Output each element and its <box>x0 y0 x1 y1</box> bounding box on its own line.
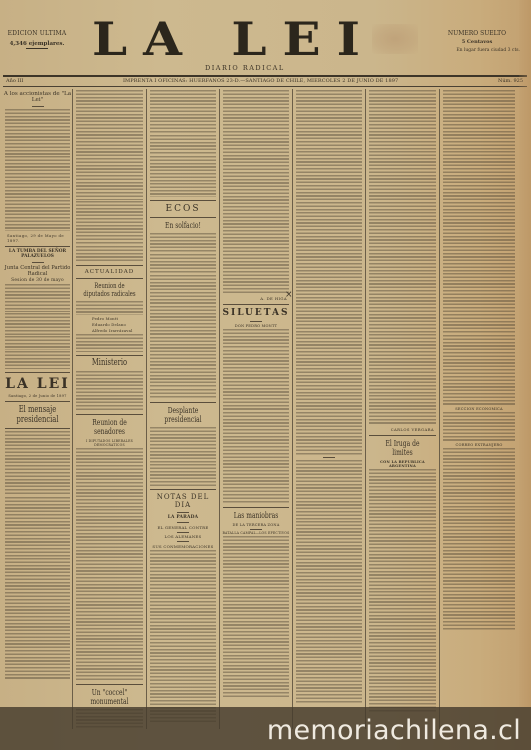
price-label: 5 Centavos <box>428 39 526 45</box>
column-2: ACTUALIDAD Reunion de diputados radicale… <box>74 89 145 729</box>
article-body <box>443 90 515 150</box>
divider <box>250 321 262 322</box>
article-body <box>150 464 216 486</box>
article-body <box>369 591 436 651</box>
article-heading: Un "coccel" monumental <box>83 688 136 706</box>
article-body <box>223 453 289 493</box>
divider <box>150 489 216 490</box>
article-body <box>5 599 70 679</box>
divider <box>177 532 189 533</box>
article-body <box>76 371 143 411</box>
divider <box>369 435 436 436</box>
article-body <box>223 213 289 253</box>
divider <box>26 48 48 49</box>
divider <box>250 529 262 530</box>
notes-item: EL GENERAL CONTRE <box>148 525 218 530</box>
article-body <box>5 284 70 312</box>
article-body <box>369 469 436 529</box>
article-body <box>296 334 362 394</box>
divider <box>5 246 70 247</box>
abroad-price-label: En lugar fuera ciudad 3 cts. <box>428 48 526 53</box>
notes-item: SUS CONMEMORACIONES <box>148 544 218 549</box>
divider <box>76 684 143 685</box>
article-body <box>76 334 143 352</box>
article-heading: En solfacio! <box>157 221 210 230</box>
divider <box>177 541 189 542</box>
article-body <box>443 151 515 211</box>
column-7: SECCION ECONOMICA CORREO EXTRANJERO <box>441 89 517 729</box>
article-body <box>296 151 362 211</box>
divider <box>150 402 216 403</box>
newspaper-subtitle: DIARIO RADICAL <box>205 64 285 72</box>
article-body <box>296 395 362 455</box>
article-body <box>150 389 216 399</box>
signoff-place: Santiago, 29 de Mayo de 1897. <box>7 233 68 243</box>
article-body <box>223 597 289 657</box>
column-rule <box>365 89 366 729</box>
article-body <box>223 131 289 171</box>
divider <box>76 355 143 356</box>
column-rule <box>292 89 293 729</box>
article-heading: LA TUMBA DEL SEÑOR PALAZUELOS <box>3 249 72 259</box>
divider <box>32 262 44 263</box>
divider <box>5 401 70 402</box>
article-body <box>296 273 362 333</box>
article-body <box>223 412 289 452</box>
price-box: NUMERO SUELTO 5 Centavos En lugar fuera … <box>428 30 526 53</box>
paper-stain <box>372 24 418 54</box>
notes-item: LOS ALEMANES <box>148 534 218 539</box>
paper-mark: × <box>285 290 293 300</box>
article-body <box>369 151 436 211</box>
article-body <box>5 351 70 369</box>
column-4: A. DE HIGA SILUETAS DON PEDRO MONTT Las … <box>221 89 291 729</box>
article-body <box>5 558 70 598</box>
article-body <box>369 530 436 590</box>
article-body <box>369 273 436 333</box>
article-body <box>5 156 70 182</box>
article-body <box>443 212 515 272</box>
article-heading: Reunion de senadores <box>83 418 136 436</box>
section-heading: ACTUALIDAD <box>74 269 145 275</box>
article-body <box>369 334 436 394</box>
article-subheading: I DIPUTADOS LIBERALES DEMOCRATICOS <box>74 439 145 447</box>
name-item: Pedro Montt <box>92 316 145 321</box>
name-item: Eduardo Delano <box>92 322 145 327</box>
article-body <box>5 109 70 155</box>
article-body <box>296 460 362 520</box>
article-body <box>150 642 216 682</box>
article-subheading: CORREO EXTRANJERO <box>441 443 517 447</box>
circulation-count: 4,346 ejemplares. <box>4 41 70 47</box>
article-body <box>150 306 216 336</box>
article-body <box>150 254 216 274</box>
article-signature: A. DE HIGA <box>221 296 287 301</box>
article-subheading: BATALLA CAMPAL—LOS EFECTIVOS <box>221 531 291 535</box>
column-rule <box>439 89 440 729</box>
column-6: CARLOS VERGARA El Iruga de limites CON L… <box>367 89 438 729</box>
article-body <box>223 254 289 294</box>
divider <box>76 278 143 279</box>
article-body <box>150 550 216 600</box>
paper-date: Santiago, 2 de Junio de 1897 <box>3 394 72 398</box>
article-body <box>76 201 143 245</box>
notes-heading: NOTAS DEL DIA <box>148 493 218 509</box>
article-signature: CARLOS VERGARA <box>367 427 434 432</box>
article-body <box>76 246 143 262</box>
article-body <box>76 90 143 200</box>
article-body <box>223 350 289 380</box>
article-body <box>5 472 70 496</box>
article-body <box>223 494 289 504</box>
article-body <box>76 301 143 315</box>
article-body <box>223 329 289 349</box>
article-body <box>5 183 70 231</box>
article-body <box>5 336 70 350</box>
article-body <box>76 641 143 681</box>
article-body <box>443 314 515 334</box>
article-heading: Ministerio <box>83 358 136 368</box>
divider <box>150 217 216 218</box>
article-body <box>296 212 362 272</box>
article-heading: Las maniobras <box>230 511 283 520</box>
newspaper-page: EDICION ULTIMA 4,346 ejemplares. LA LEI … <box>0 0 531 750</box>
article-body <box>369 395 436 425</box>
article-body <box>5 431 70 471</box>
notes-item: LA PARADA <box>148 515 218 520</box>
imprint-address: IMPRENTA I OFICINAS: HUERFANOS 23-D.—SAN… <box>23 78 498 84</box>
divider <box>223 507 289 508</box>
section-heading: ECOS <box>148 204 218 214</box>
divider <box>76 265 143 266</box>
article-body <box>443 448 515 508</box>
divider <box>5 428 70 429</box>
article-subheading: SECCION ECONOMICA <box>441 407 517 411</box>
article-subheading: Junta Central del Partido Radical <box>3 265 72 277</box>
article-body <box>150 427 216 463</box>
watermark-text: memoriachilena.cl <box>267 715 521 746</box>
article-body <box>150 183 216 197</box>
paper-edge <box>519 0 531 707</box>
article-body <box>369 212 436 272</box>
column-3: ECOS En solfacio! Desplante presidencial… <box>148 89 218 729</box>
paper-name: LA LEI <box>3 376 72 392</box>
section-heading: SILUETAS <box>221 308 291 318</box>
editorial-heading: El mensaje presidencial <box>12 405 64 425</box>
article-body <box>369 652 436 712</box>
article-body <box>150 337 216 367</box>
article-body <box>443 273 515 313</box>
single-copy-label: NUMERO SUELTO <box>428 30 526 37</box>
article-heading: Desplante presidencial <box>157 406 210 424</box>
divider <box>177 512 189 513</box>
article-heading: El Iruga de limites <box>376 439 429 457</box>
divider <box>5 372 70 373</box>
divider <box>177 522 189 523</box>
article-subheading: DE LA TERCERA ZONA <box>221 523 291 527</box>
watermark-bar: memoriachilena.cl <box>0 707 531 750</box>
article-heading: Reunion de diputados radicales <box>83 282 136 298</box>
dateline: Año III IMPRENTA I OFICINAS: HUERFANOS 2… <box>6 77 523 85</box>
article-body <box>223 536 289 596</box>
article-body <box>369 90 436 150</box>
name-item: Alfredo Irarrázaval <box>92 328 145 333</box>
divider <box>223 304 289 305</box>
column-5 <box>294 89 364 729</box>
divider <box>76 414 143 415</box>
dateline-rule <box>3 86 527 87</box>
article-body <box>223 172 289 212</box>
article-subheading: CON LA REPUBLICA ARGENTINA <box>367 460 438 468</box>
article-body <box>296 582 362 642</box>
article-body <box>296 643 362 703</box>
article-body <box>76 448 143 508</box>
article-body <box>150 601 216 641</box>
article-subheading: Sesion de 30 de mayo <box>3 278 72 283</box>
article-body <box>443 412 515 442</box>
article-body <box>443 570 515 630</box>
article-body <box>296 90 362 150</box>
edition-box: EDICION ULTIMA 4,346 ejemplares. <box>4 30 70 49</box>
article-body <box>223 90 289 130</box>
article-body <box>150 233 216 253</box>
divider <box>323 457 335 458</box>
article-body <box>150 90 216 134</box>
article-body <box>150 275 216 305</box>
newspaper-title: LA LEI <box>92 18 412 60</box>
divider <box>150 200 216 201</box>
column-1: A los accionistas de "La Lei" Santiago, … <box>3 89 72 729</box>
column-rule <box>72 89 73 729</box>
column-rule <box>146 89 147 729</box>
article-body <box>443 376 515 406</box>
article-body <box>443 335 515 375</box>
column-rule <box>219 89 220 729</box>
year-label: Año III <box>6 78 23 84</box>
article-body <box>223 381 289 411</box>
article-body <box>223 658 289 698</box>
article-body <box>76 509 143 559</box>
article-heading: A los accionistas de "La Lei" <box>3 91 72 103</box>
article-subheading: DON PEDRO MONTT <box>221 324 291 328</box>
article-body <box>150 156 216 182</box>
article-body <box>296 521 362 581</box>
article-body <box>150 368 216 388</box>
article-body <box>76 560 143 640</box>
article-body <box>5 313 70 335</box>
article-body <box>443 509 515 569</box>
article-body <box>150 135 216 155</box>
edition-label: EDICION ULTIMA <box>4 30 70 37</box>
article-body <box>5 497 70 557</box>
divider <box>32 106 44 107</box>
